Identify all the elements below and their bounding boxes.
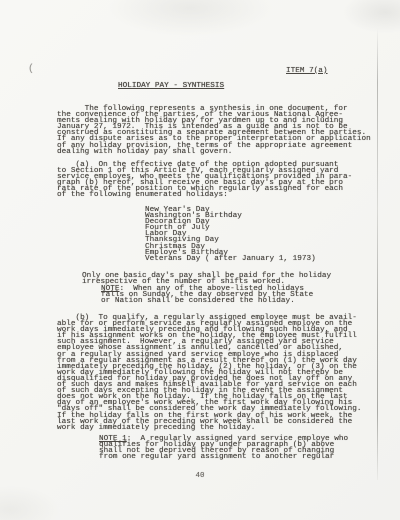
scanned-document-page: ( ITEM 7(a) HOLIDAY PAY - SYNTHESIS The … (0, 0, 400, 520)
note-1-paragraph: NOTE 1: A regularly assigned yard servic… (99, 436, 348, 460)
page-number: 40 (0, 472, 400, 480)
note-1-body: : A regularly assigned yard service empl… (99, 435, 348, 461)
single-pay-paragraph: Only one basic day's pay shall be paid f… (82, 273, 331, 285)
section-a-paragraph: (a) On the effective date of the option … (57, 162, 352, 199)
holiday-list: New Year's Day Washington's Birthday Dec… (145, 207, 316, 262)
intro-paragraph: The following represents a synthesis in … (57, 106, 371, 155)
document-title: HOLIDAY PAY - SYNTHESIS (118, 83, 224, 90)
note-body: : When any of the above-listed holidays … (101, 285, 313, 305)
scan-artifact-paren: ( (28, 64, 34, 75)
scan-edge-line (377, 28, 378, 480)
note-paragraph: NOTE: When any of the above-listed holid… (101, 286, 313, 304)
section-b-paragraph: (b) To qualify, a regularly assigned emp… (57, 315, 361, 431)
item-reference: ITEM 7(a) (286, 68, 328, 75)
